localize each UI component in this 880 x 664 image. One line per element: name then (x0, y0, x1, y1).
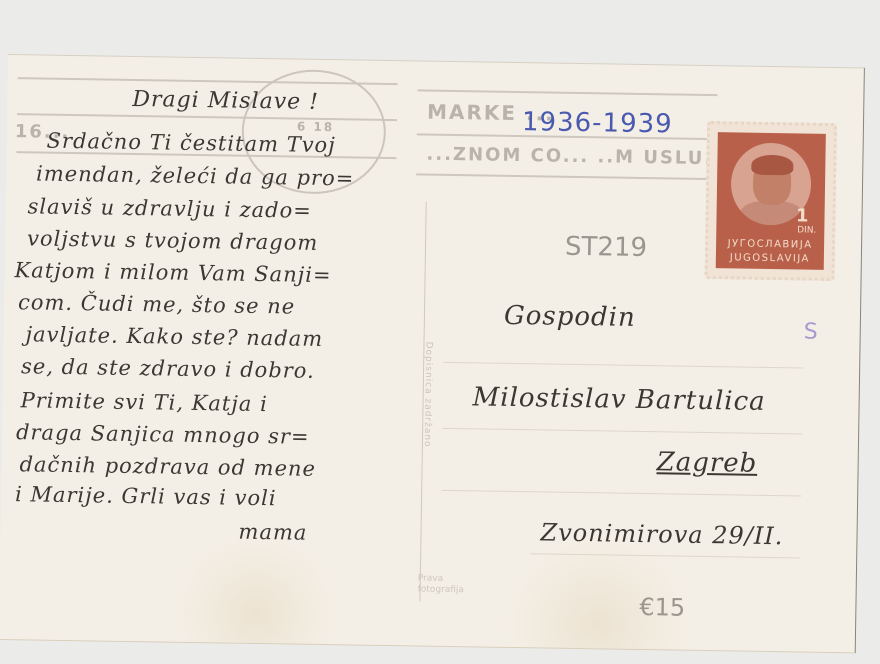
address-salutation: Gospodin (504, 301, 636, 333)
stamp-value: 1 (796, 205, 809, 226)
photo-imprint: Prava fotografija (418, 574, 465, 597)
stamp-currency: DIN. (797, 225, 816, 235)
message-line: imendan, želeći da ga pro= (36, 158, 355, 194)
postmark-slogan-2: ...ZNOM CO... ..M USLU... (426, 144, 731, 170)
address-rule (530, 553, 800, 558)
message-line: javljate. Kako ste? nadam (25, 319, 323, 355)
greeting: Dragi Mislave ! (132, 87, 319, 115)
postcard: 16... 6 18 MARKE ... ...ZNOM CO... ..M U… (0, 54, 865, 653)
signature: mama (238, 517, 307, 549)
stamp-country-cyrillic: ЈУГОСЛАВИЈА (716, 238, 824, 251)
stamp-country-latin: JUGOSLAVIJA (716, 252, 824, 265)
message-line: Srdačno Ti čestitam Tvoj (46, 126, 336, 162)
portrait-hair (751, 155, 793, 176)
address-street: Zvonimirova 29/II. (540, 518, 783, 550)
address-city: Zagreb (656, 447, 757, 479)
postage-stamp: 1 DIN. ЈУГОСЛАВИЈА JUGOSLAVIJA (705, 121, 837, 281)
violet-mark: S (804, 320, 818, 345)
message-line: Primite svi Ti, Katja i (20, 385, 268, 420)
vertical-imprint: Dopisnica zadržano (422, 342, 434, 448)
postmark-line (417, 89, 717, 96)
message-line: se, da ste zdravo i dobro. (21, 351, 315, 387)
price-mark: €15 (639, 593, 685, 622)
address-rule (443, 362, 803, 369)
catalog-code: ST219 (565, 232, 647, 263)
photo-imprint-line: Prava (418, 574, 464, 586)
message-line: draga Sanjica mnogo sr= (16, 417, 310, 453)
address-rule (441, 490, 801, 497)
postmark-line (416, 173, 716, 180)
stamp-face: 1 DIN. ЈУГОСЛАВИЈА JUGOSLAVIJA (716, 132, 826, 270)
message-line: i Marije. Grli vas i voli (15, 479, 277, 514)
message-line: slaviš u zdravlju i zado= (27, 191, 312, 226)
message-line: com. Čudi me, što se ne (18, 287, 296, 322)
address-rule (442, 428, 802, 435)
photo-imprint-line: fotografija (418, 585, 464, 597)
address-name: Milostislav Bartulica (472, 382, 765, 417)
message-line: Katjom i milom Vam Sanji= (14, 255, 331, 291)
message-line: voljstvu s tvojom dragom (27, 223, 319, 259)
date-range-annotation: 1936-1939 (522, 107, 673, 139)
